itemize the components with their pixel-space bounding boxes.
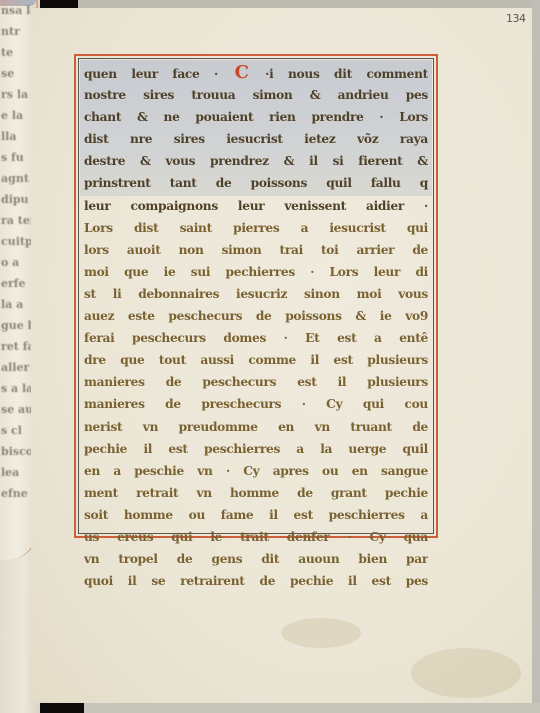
scanner-background-right — [532, 0, 540, 713]
folio-number: 134 — [506, 12, 526, 25]
manuscript-line: nerist vn preudomme en vn truant de — [84, 416, 428, 438]
manuscript-line: manieres de peschecurs est il plusieurs — [84, 371, 428, 393]
manuscript-line: moi que ie sui pechierres · Lors leur di — [84, 261, 428, 283]
manuscript-line: leur compaignons leur venissent aidier · — [84, 195, 428, 217]
manuscript-text-block: quen leur face · C ·i nous dit commentno… — [84, 62, 428, 592]
manuscript-line: st li debonnaires iesucriz sinon moi vou… — [84, 283, 428, 305]
manuscript-line: manieres de preschecurs · Cy qui cou — [84, 393, 428, 415]
manuscript-line: Lors dist saint pierres a iesucrist qui — [84, 217, 428, 239]
manuscript-line: us ereus qui le trait denfer · Cy qua — [84, 526, 428, 548]
manuscript-line: quen leur face · C ·i nous dit comment — [84, 62, 428, 84]
red-initial-letter: C — [235, 62, 249, 83]
manuscript-line: destre & vous prendrez & il si fierent & — [84, 150, 428, 172]
manuscript-line: nostre sires trouua simon & andrieu pes — [84, 84, 428, 106]
scanner-background-bottom — [30, 703, 540, 713]
manuscript-line: prinstrent tant de poissons quil fallu q — [84, 172, 428, 194]
parchment-stain — [411, 648, 521, 698]
manuscript-line: soit homme ou fame il est peschierres a — [84, 504, 428, 526]
scanner-black-patch-top — [40, 0, 78, 8]
manuscript-line: auez este peschecurs de poissons & ie vo… — [84, 305, 428, 327]
manuscript-line: ferai peschecurs domes · Et est a entê — [84, 327, 428, 349]
manuscript-line: pechie il est peschierres a la uerge qui… — [84, 438, 428, 460]
manuscript-line: en a peschie vn · Cy apres ou en sangue — [84, 460, 428, 482]
parchment-stain — [281, 618, 361, 648]
manuscript-line: lors auoit non simon trai toi arrier de — [84, 239, 428, 261]
scanner-background-top — [40, 0, 540, 8]
manuscript-line: ment retrait vn homme de grant pechie — [84, 482, 428, 504]
manuscript-line: vn tropel de gens dit auoun bien par — [84, 548, 428, 570]
manuscript-line: dist nre sires iesucrist ietez võz raya — [84, 128, 428, 150]
manuscript-line: chant & ne pouaient rien prendre · Lors — [84, 106, 428, 128]
manuscript-line: dre que tout aussi comme il est plusieur… — [84, 349, 428, 371]
manuscript-line: quoi il se retrairent de pechie il est p… — [84, 570, 428, 592]
